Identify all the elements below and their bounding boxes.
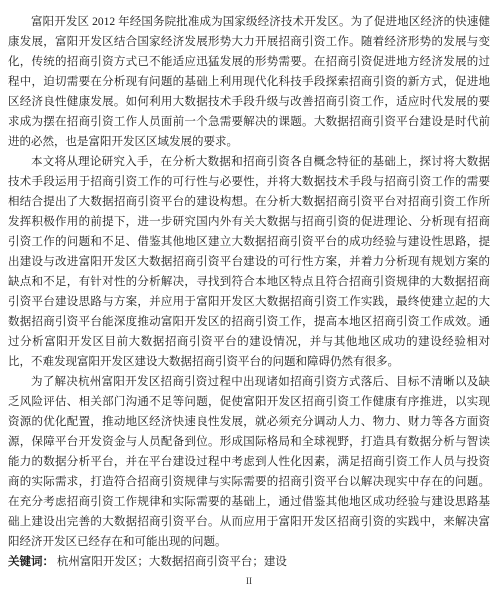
abstract-paragraph-2: 本文将从理论研究入手，在分析大数据和招商引资各自概念特征的基础上，探讨将大数据技… (8, 152, 490, 372)
page-number: II (246, 576, 252, 586)
keywords-label: 关键词： (8, 556, 54, 568)
keywords-text: 杭州富阳开发区；大数据招商引资平台；建设 (57, 556, 287, 568)
abstract-paragraph-3: 为了解决杭州富阳开发区招商引资过程中出现诸如招商引资方式落后、目标不清晰以及缺乏… (8, 372, 490, 552)
document-page: 富阳开发区 2012 年经国务院批准成为国家级经济技术开发区。为了促进地区经济的… (0, 0, 499, 593)
page-footer: II (8, 575, 490, 587)
keywords-line: 关键词： 杭州富阳开发区；大数据招商引资平台；建设 (8, 552, 490, 572)
abstract-paragraph-1: 富阳开发区 2012 年经国务院批准成为国家级经济技术开发区。为了促进地区经济的… (8, 12, 490, 152)
